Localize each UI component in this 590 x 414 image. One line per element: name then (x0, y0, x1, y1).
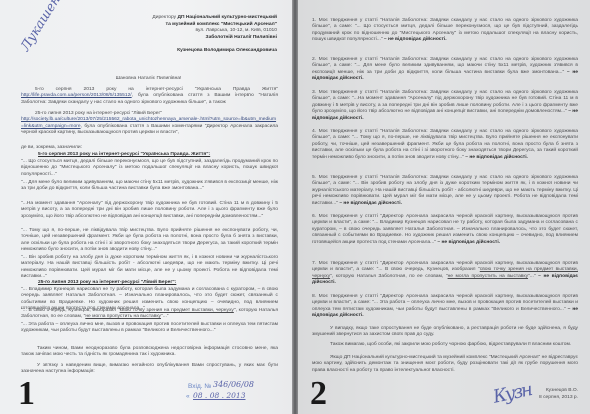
quote-3: "...На момент здавання "Арсеналу" під де… (21, 201, 278, 220)
claim-verdict: – не відповідає дійсності. (437, 240, 500, 245)
addressee-line-1: Директору ДП Національний культурно-мист… (120, 15, 277, 21)
quote-8: "... Эта работа – оплеуха лично мне, выз… (21, 322, 278, 335)
salutation: Шановна Наталіє Пилипівна! (20, 76, 277, 82)
claim-text: Моє твердження у статті "Наталія Заболот… (312, 90, 578, 114)
claim-text: Моє твердження у статті "Директор Арсена… (312, 294, 578, 312)
claim-item-8: 8. Моє твердження у статті "Директор Арс… (312, 294, 578, 320)
letter-page-1: Лукашенко Директору ДП Національний куль… (0, 0, 292, 414)
page-number-1: 1 (18, 377, 35, 411)
closing-paragraph-2: Також вимагаю, щоб особи, які закрили мо… (312, 342, 578, 348)
section-heading-1: 5-го серпня 2013 року на інтернет-ресурс… (38, 152, 210, 158)
intro-paragraph-1: 5-го серпня 2013 року на інтернет-ресурс… (21, 87, 278, 106)
claim-text: Моє твердження у статті "Наталія Заболот… (312, 57, 578, 75)
quote-7-text-c: "..." (161, 314, 169, 319)
claim-item-1: 1. Моє твердження у статті "Наталія Забо… (312, 18, 578, 44)
intro-paragraph-2: 25-го липня 2013 року на інтернет-ресурс… (21, 111, 278, 137)
signatory-name: Кузнецов В.О. (498, 388, 578, 394)
intro-paragraph-3: де ви, зокрема, зазначили: (21, 145, 82, 151)
addressee-line-2: та музейний комплекс "Мистецький Арсенал… (120, 22, 277, 28)
claim-text: Моє твердження у статті "Наталія Заболот… (312, 129, 578, 160)
quote-7-underlined-1: свою точку зрения на предмет выставки, ч… (120, 308, 234, 313)
stamp-number: 346/06/08 (213, 380, 254, 389)
closing-paragraph-2: У зв'язку з наведеним вище, вимагаю нега… (21, 363, 278, 376)
letter-page-2: 1. Моє твердження у статті "Наталія Забо… (298, 0, 590, 414)
sender-name: Кузнецова Володимира Олександровича (120, 48, 277, 54)
claim-item-2: 2. Моє твердження у статті "Наталія Забо… (312, 57, 578, 83)
stamp-date-prefix: « (186, 393, 190, 400)
handwritten-note: Лукашенко (18, 0, 72, 54)
claim-number: 1. (312, 18, 316, 23)
claim-verdict: – не відповідає дійсності. (384, 37, 447, 42)
claim-item-4: 4. Моє твердження у статті "Наталія Забо… (312, 129, 578, 161)
page-number-2: 2 (310, 377, 327, 411)
claim-verdict: – не відповідає дійсності. (465, 155, 528, 160)
claim-number: 8. (312, 294, 316, 299)
closing-paragraph-1: У випадку, якщо таке спростування не буд… (312, 326, 578, 339)
addressee-prefix: Директору (152, 15, 177, 20)
stamp-date: 08 . 08 . 2013 (193, 391, 245, 400)
claim-underlined-2: не могла пропустить на выставку (448, 274, 528, 279)
claim-number: 6. (312, 214, 316, 219)
quote-7-text-a: "... В свою очередь, Кузнецов, изобразил… (21, 308, 120, 313)
quote-7: "... В свою очередь, Кузнецов, изобразил… (21, 308, 278, 321)
claim-text-c: "..." (528, 274, 538, 279)
quote-7-underlined-2: не могла пропустить на выставку (85, 314, 161, 319)
quote-2: "... Для мене було великим здивуванням, … (21, 180, 278, 193)
stamp-label: Вхід. № (188, 383, 211, 390)
quote-4: "... Тому що я, по-перше, не ліквідувала… (21, 228, 278, 254)
claim-item-3: 3. Моє твердження у статті "Наталія Забо… (312, 90, 578, 122)
closing-paragraph-3: Якщо ДП Національний культурно-мистецьки… (312, 355, 578, 374)
claim-number: 3. (312, 90, 316, 95)
claim-item-7: 7. Моє твердження у статті "Директор Арс… (312, 261, 578, 287)
claim-number: 7. (312, 261, 316, 266)
signature-date: 8 серпня, 2013 р. (498, 395, 578, 401)
section-heading-2: 25-го липня 2013 року на інтернет-ресурс… (38, 280, 176, 286)
quote-1: "... Що стосується митця, дедалі більше … (21, 159, 278, 178)
intro-1-text: 5-го серпня 2013 року на інтернет-ресурс… (21, 87, 278, 92)
intro-2-text: 25-го липня 2013 року на інтернет-ресурс… (21, 111, 162, 116)
claim-text-b: ", которую Наталья Заболотная, по ее сло… (330, 274, 448, 279)
addressee-org: ДП Національний культурно-мистецький (177, 15, 277, 20)
link-pravda[interactable]: http://life.pravda.com.ua/person/2013/08… (21, 93, 132, 98)
claim-number: 2. (312, 57, 316, 62)
claim-number: 5. (312, 175, 316, 180)
claim-item-6: 6. Моє твердження у статті "Директор Арс… (312, 214, 578, 246)
closing-paragraph-1: Таким чином, Вами неодноразово була розп… (21, 346, 278, 359)
quote-5: "... Він зробив роботу на злобу дня із д… (21, 255, 278, 281)
claim-number: 4. (312, 129, 316, 134)
addressee-name: Заболотній Наталії Пилипівні (120, 35, 277, 41)
claim-verdict: – не відповідає дійсності. (339, 201, 402, 206)
addressee-address: вул. Лаврська, 10-12, м. Київ, 01010 (120, 28, 277, 34)
claim-item-5: 5. Моє твердження у статті "Наталія Забо… (312, 175, 578, 207)
